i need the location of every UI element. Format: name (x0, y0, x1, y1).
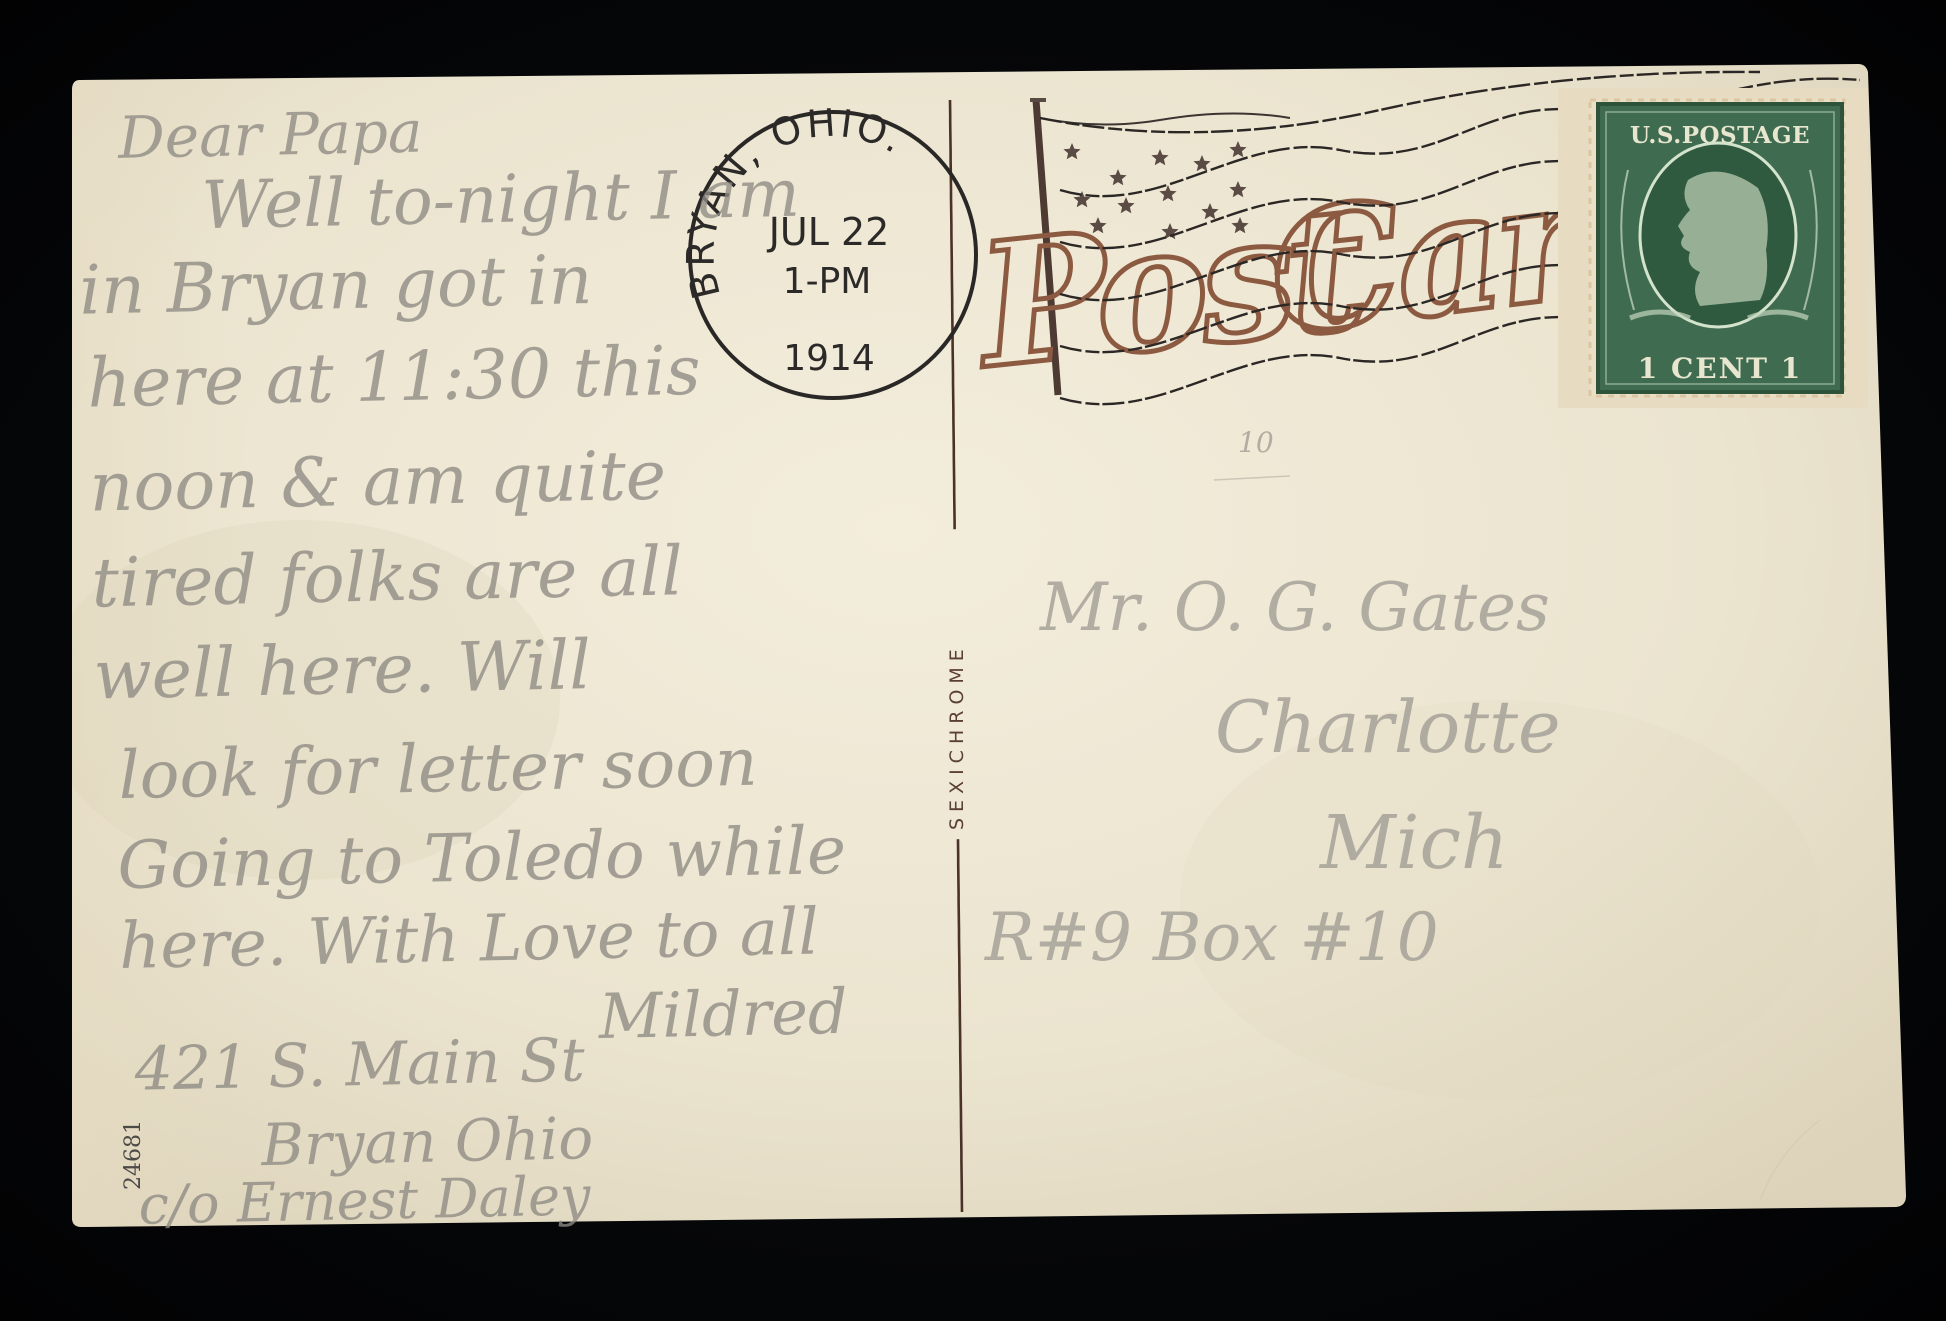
message-greeting: Dear Papa (117, 98, 424, 172)
postmark-year: 1914 (783, 338, 875, 379)
message-line: Going to Toledo while (117, 812, 847, 904)
postmark-time: 1-PM (783, 261, 872, 302)
message-line: Well to-night I am (201, 155, 801, 245)
message-line: noon & am quite (89, 437, 667, 528)
recipient-name: Mr. O. G. Gates (1039, 569, 1550, 646)
message-line: in Bryan got in (79, 241, 594, 331)
stamp-value: 1 CENT 1 (1638, 352, 1803, 385)
print-number: 24681 (121, 1120, 146, 1190)
postcard-photo: SEXICHROME Post Card U.S.POSTAGE (0, 0, 1946, 1321)
return-address-street: 421 S. Main St (133, 1025, 586, 1104)
sexichrome-imprint: SEXICHROME (946, 643, 968, 830)
return-address-care-of: c/o Ernest Daley (138, 1164, 593, 1236)
recipient-state: Mich (1318, 800, 1509, 886)
message-line: look for letter soon (118, 724, 758, 814)
message-line: well here. Will (93, 626, 592, 715)
recipient-route-box: R#9 Box #10 (984, 899, 1439, 976)
message-line: here. With Love to all (118, 895, 819, 984)
recipient-city: Charlotte (1215, 685, 1561, 769)
message-line: tired folks are all (91, 532, 684, 623)
pencil-note: 10 (1238, 426, 1274, 459)
message-signature: Mildred (597, 975, 848, 1053)
postage-stamp: U.S.POSTAGE 1 CENT 1 (1558, 88, 1868, 408)
message-line: here at 11:30 this (87, 332, 702, 424)
